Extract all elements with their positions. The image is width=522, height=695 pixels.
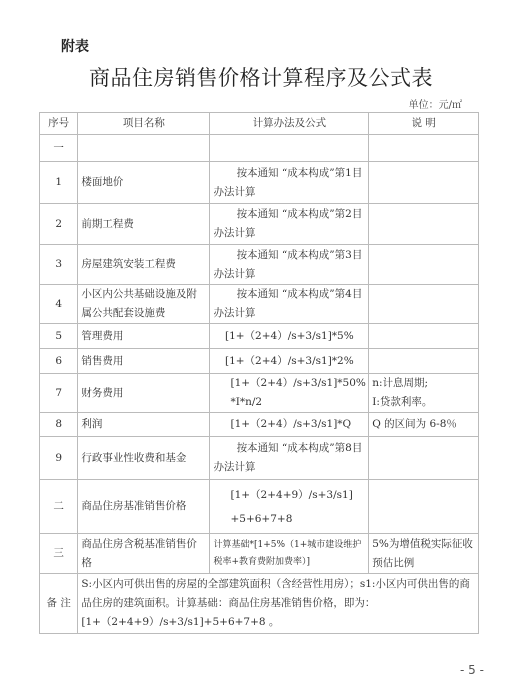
- remark-text: S:小区内可供出售的房屋的全部建筑面积（含经营性用房）；s1:小区内可供出售的商…: [78, 574, 479, 634]
- row-note: [369, 285, 479, 324]
- row-formula: 按本通知 “成本构成”第3目办法计算: [210, 245, 369, 285]
- table-row: 2 前期工程费 按本通知 “成本构成”第2目办法计算: [40, 204, 479, 245]
- row-note: [369, 162, 479, 204]
- row-note: [369, 437, 479, 480]
- row-formula: 按本通知 “成本构成”第2目办法计算: [210, 204, 369, 245]
- row-no: 3: [40, 245, 78, 285]
- header-name: 项目名称: [78, 113, 210, 135]
- row-formula: 计算基础*[1+5%（1+城市建设维护税率+教育费附加费率）]: [210, 534, 369, 574]
- remark-label: 备 注: [40, 574, 78, 634]
- formula-line-2: +5+6+7+8: [230, 507, 365, 531]
- row-no: 4: [40, 285, 78, 324]
- row-note: n:计息周期; I:贷款利率。: [369, 374, 479, 413]
- page-number: - 5 -: [460, 663, 484, 677]
- row-no: 2: [40, 204, 78, 245]
- row-name: 销售费用: [78, 349, 210, 374]
- row-formula: [1+（2+4）/s+3/s1]*50% *I*n/2: [210, 374, 369, 413]
- table-row: 1 楼面地价 按本通知 “成本构成”第1目办法计算: [40, 162, 479, 204]
- header-no: 序号: [40, 113, 78, 135]
- table-row: 6 销售费用 [1+（2+4）/s+3/s1]*2%: [40, 349, 479, 374]
- row-name: 房屋建筑安装工程费: [78, 245, 210, 285]
- row-note: Q 的区间为 6-8％: [369, 413, 479, 437]
- row-name: 商品住房含税基准销售价格: [78, 534, 210, 574]
- table-row: 三 商品住房含税基准销售价格 计算基础*[1+5%（1+城市建设维护税率+教育费…: [40, 534, 479, 574]
- row-name: 商品住房基准销售价格: [78, 480, 210, 534]
- table-row: 8 利润 [1+（2+4）/s+3/s1]*Q Q 的区间为 6-8％: [40, 413, 479, 437]
- table-row: 一: [40, 135, 479, 162]
- table-row: 二 商品住房基准销售价格 [1+（2+4+9）/s+3/s1] +5+6+7+8: [40, 480, 479, 534]
- row-no: 一: [40, 135, 78, 162]
- row-name: [78, 135, 210, 162]
- row-note: [369, 204, 479, 245]
- unit-label: 单位：元/㎡: [409, 96, 462, 111]
- row-note: [369, 135, 479, 162]
- row-name: 楼面地价: [78, 162, 210, 204]
- row-formula: [1+（2+4）/s+3/s1]*5%: [210, 324, 369, 349]
- row-no: 9: [40, 437, 78, 480]
- header-row: 序号 项目名称 计算办法及公式 说 明: [40, 113, 479, 135]
- table-row: 5 管理费用 [1+（2+4）/s+3/s1]*5%: [40, 324, 479, 349]
- formula-line-2: *I*n/2: [230, 393, 365, 412]
- row-formula: [1+（2+4+9）/s+3/s1] +5+6+7+8: [210, 480, 369, 534]
- table-row: 9 行政事业性收费和基金 按本通知 “成本构成”第8目办法计算: [40, 437, 479, 480]
- row-name: 管理费用: [78, 324, 210, 349]
- row-no: 二: [40, 480, 78, 534]
- note-line-2: I:贷款利率。: [372, 393, 475, 412]
- row-name: 利润: [78, 413, 210, 437]
- remark-row: 备 注 S:小区内可供出售的房屋的全部建筑面积（含经营性用房）；s1:小区内可供…: [40, 574, 479, 634]
- row-name: 财务费用: [78, 374, 210, 413]
- row-formula: 按本通知 “成本构成”第8目办法计算: [210, 437, 369, 480]
- row-formula: 按本通知 “成本构成”第4目办法计算: [210, 285, 369, 324]
- row-name: 行政事业性收费和基金: [78, 437, 210, 480]
- row-no: 8: [40, 413, 78, 437]
- row-no: 6: [40, 349, 78, 374]
- header-note: 说 明: [369, 113, 479, 135]
- note-line-1: n:计息周期;: [372, 374, 475, 393]
- row-note: [369, 480, 479, 534]
- table-row: 3 房屋建筑安装工程费 按本通知 “成本构成”第3目办法计算: [40, 245, 479, 285]
- row-formula: [210, 135, 369, 162]
- table-row: 4 小区内公共基础设施及附属公共配套设施费 按本通知 “成本构成”第4目办法计算: [40, 285, 479, 324]
- table-row: 7 财务费用 [1+（2+4）/s+3/s1]*50% *I*n/2 n:计息周…: [40, 374, 479, 413]
- row-no: 7: [40, 374, 78, 413]
- row-formula: [1+（2+4）/s+3/s1]*2%: [210, 349, 369, 374]
- formula-line-1: [1+（2+4+9）/s+3/s1]: [230, 483, 365, 507]
- row-name: 小区内公共基础设施及附属公共配套设施费: [78, 285, 210, 324]
- row-note: [369, 349, 479, 374]
- header-formula: 计算办法及公式: [210, 113, 369, 135]
- row-name: 前期工程费: [78, 204, 210, 245]
- row-no: 5: [40, 324, 78, 349]
- row-note: [369, 324, 479, 349]
- row-no: 三: [40, 534, 78, 574]
- row-note: 5%为增值税实际征收预估比例: [369, 534, 479, 574]
- row-note: [369, 245, 479, 285]
- formula-line-1: [1+（2+4）/s+3/s1]*50%: [230, 374, 365, 393]
- price-calculation-table: 序号 项目名称 计算办法及公式 说 明 一 1 楼面地价 按本通知 “成本构成”…: [39, 112, 479, 634]
- appendix-label: 附表: [61, 36, 89, 56]
- row-formula: [1+（2+4）/s+3/s1]*Q: [210, 413, 369, 437]
- row-formula: 按本通知 “成本构成”第1目办法计算: [210, 162, 369, 204]
- row-no: 1: [40, 162, 78, 204]
- page-title: 商品住房销售价格计算程序及公式表: [0, 62, 522, 92]
